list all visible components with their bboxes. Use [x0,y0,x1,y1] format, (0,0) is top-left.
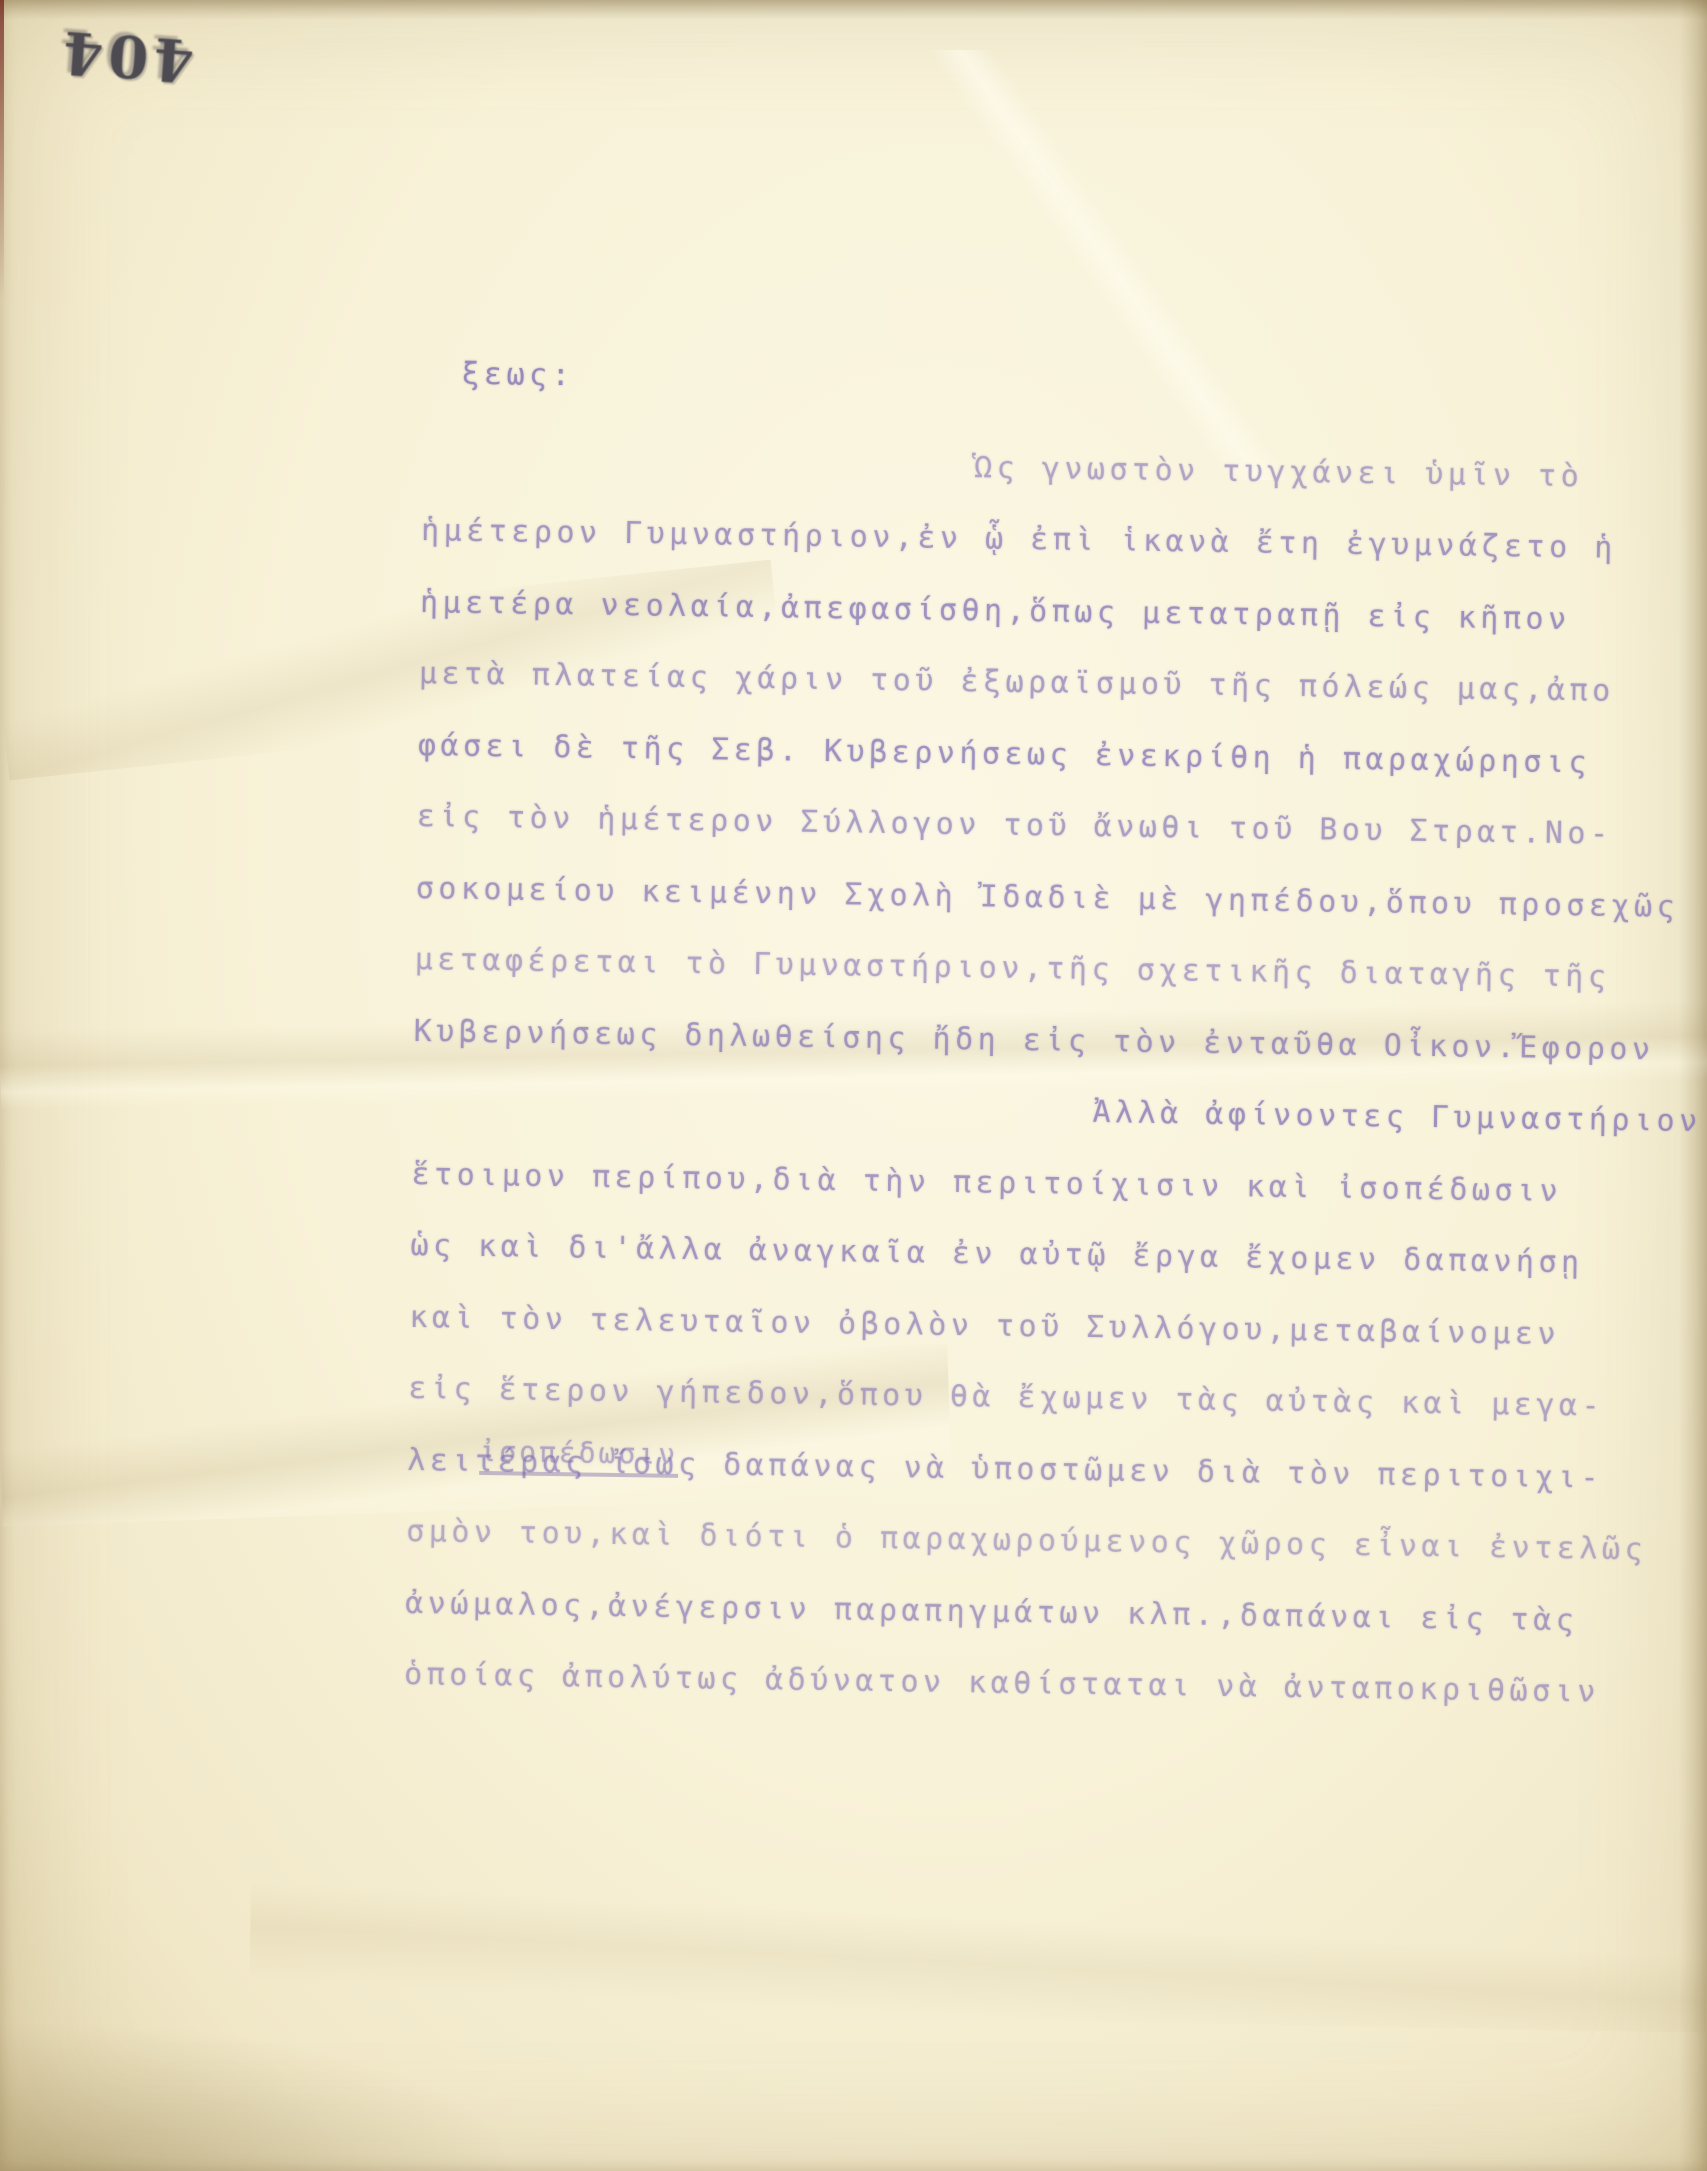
page-number-stamp: 404 [56,17,196,94]
paper-crease [0,0,1707,20]
letter-body: ξεως: Ὡς γνωστὸν τυγχάνει ὑμῖν τὸ ἡμέτερ… [404,338,1707,1730]
document-page: 404 ξεως: Ὡς γνωστὸν τυγχάνει ὑμῖν τὸ ἡμ… [0,0,1707,2171]
interline-insertion: ἰσοπέδωσιν [479,1435,678,1478]
text-line: Ὡς γνωστὸν τυγχάνει ὑμῖν τὸ [974,432,1707,515]
text-line: Ἀλλὰ ἀφίνοντες Γυμναστήριον [1092,1077,1707,1158]
page-left-edge [0,0,4,300]
paper-crease [249,1877,1707,2032]
paper-crease [0,2020,520,2171]
text-line: ξεως: [461,339,1707,429]
